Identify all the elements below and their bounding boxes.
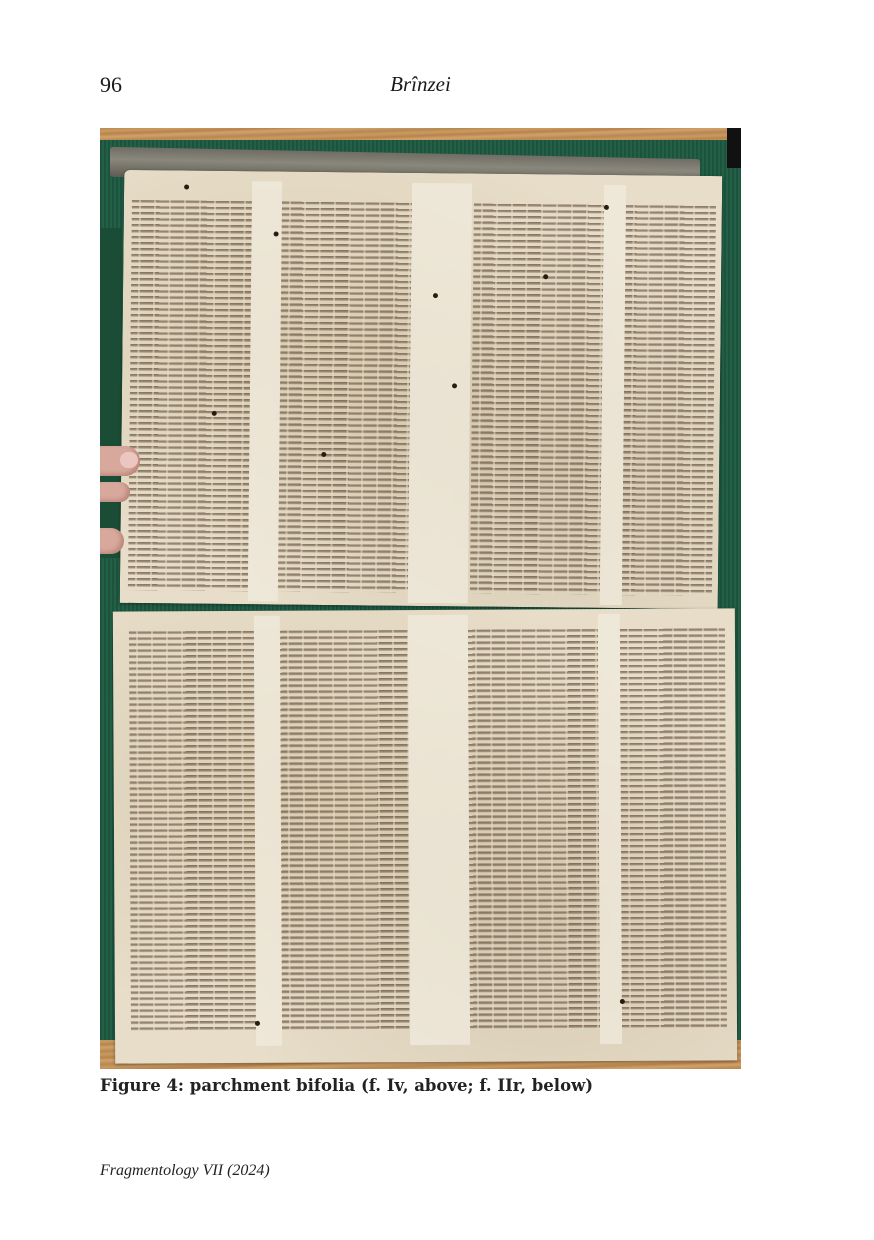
text-column <box>278 202 412 593</box>
running-title: Brînzei <box>100 72 741 97</box>
margin <box>254 616 282 1046</box>
figure-caption-text: parchment bifolia (f. Iv, above; f. IIr,… <box>190 1076 593 1095</box>
text-column <box>128 200 252 591</box>
figure-caption: Figure 4: parchment bifolia (f. Iv, abov… <box>100 1076 593 1095</box>
journal-volume: VII <box>203 1162 223 1179</box>
gutter <box>408 615 470 1045</box>
wormhole <box>604 205 609 210</box>
margin <box>248 181 282 601</box>
running-head: 96 Brînzei <box>100 72 741 102</box>
wormhole <box>433 293 438 298</box>
wormhole <box>184 185 189 190</box>
text-column <box>620 628 727 1029</box>
text-column <box>468 629 600 1030</box>
hand-holding-leaf <box>100 446 144 556</box>
journal-year: (2024) <box>227 1162 270 1179</box>
wormhole <box>543 274 548 279</box>
journal-name: Fragmentology <box>100 1162 199 1179</box>
text-column <box>129 631 256 1032</box>
wormhole <box>255 1021 260 1026</box>
text-column <box>622 205 716 596</box>
leaf-top-f-Iv <box>120 170 723 609</box>
text-column <box>280 630 410 1031</box>
gutter <box>408 183 472 604</box>
wormhole <box>321 452 326 457</box>
wormhole <box>620 999 625 1004</box>
shadow-corner <box>727 128 741 168</box>
page-footer: Fragmentology VII (2024) <box>100 1162 270 1180</box>
figure-label: Figure 4: <box>100 1076 184 1095</box>
wormhole <box>212 411 217 416</box>
wormhole <box>274 231 279 236</box>
leaf-bottom-f-IIr <box>113 608 737 1063</box>
text-column <box>470 204 604 595</box>
margin <box>598 614 622 1044</box>
figure-photo <box>100 128 741 1069</box>
wormhole <box>452 383 457 388</box>
